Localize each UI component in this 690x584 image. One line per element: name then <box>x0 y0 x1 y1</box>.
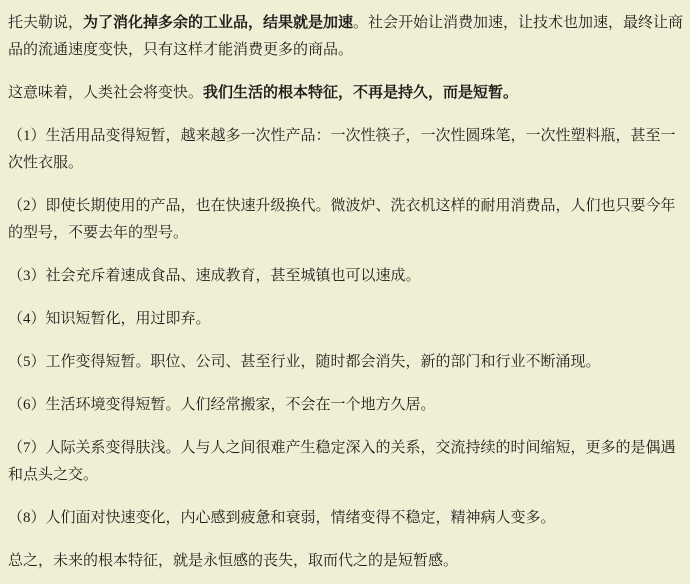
text-run: （5）工作变得短暂。职位、公司、甚至行业，随时都会消失，新的部门和行业不断涌现。 <box>8 354 601 370</box>
paragraph-8: （6）生活环境变得短暂。人们经常搬家，不会在一个地方久居。 <box>8 392 685 419</box>
bold-text-run: 我们生活的根本特征，不再是持久，而是短暂。 <box>203 85 518 101</box>
text-run: 这意味着，人类社会将变快。 <box>8 85 203 101</box>
document: 托夫勒说，为了消化掉多余的工业品，结果就是加速。社会开始让消费加速，让技术也加速… <box>0 0 690 584</box>
paragraph-5: （3）社会充斥着速成食品、速成教育，甚至城镇也可以速成。 <box>8 263 685 290</box>
paragraph-2: 这意味着，人类社会将变快。我们生活的根本特征，不再是持久，而是短暂。 <box>8 80 685 107</box>
paragraph-6: （4）知识短暂化，用过即弃。 <box>8 306 685 333</box>
bold-text-run: 为了消化掉多余的工业品，结果就是加速 <box>83 15 353 31</box>
text-run: 总之，未来的根本特征，就是永恒感的丧失，取而代之的是短暂感。 <box>8 553 458 569</box>
paragraph-7: （5）工作变得短暂。职位、公司、甚至行业，随时都会消失，新的部门和行业不断涌现。 <box>8 349 685 376</box>
paragraph-3: （1）生活用品变得短暂，越来越多一次性产品：一次性筷子，一次性圆珠笔，一次性塑料… <box>8 123 685 177</box>
paragraph-9: （7）人际关系变得肤浅。人与人之间很难产生稳定深入的关系，交流持续的时间缩短，更… <box>8 435 685 489</box>
paragraph-list: 托夫勒说，为了消化掉多余的工业品，结果就是加速。社会开始让消费加速，让技术也加速… <box>8 10 685 575</box>
text-run: （7）人际关系变得肤浅。人与人之间很难产生稳定深入的关系，交流持续的时间缩短，更… <box>8 440 676 483</box>
text-run: （2）即使长期使用的产品，也在快速升级换代。微波炉、洗衣机这样的耐用消费品，人们… <box>8 198 676 241</box>
text-run: （3）社会充斥着速成食品、速成教育，甚至城镇也可以速成。 <box>8 268 421 284</box>
text-run: （4）知识短暂化，用过即弃。 <box>8 311 211 327</box>
paragraph-10: （8）人们面对快速变化，内心感到疲惫和衰弱，情绪变得不稳定，精神病人变多。 <box>8 505 685 532</box>
paragraph-1: 托夫勒说，为了消化掉多余的工业品，结果就是加速。社会开始让消费加速，让技术也加速… <box>8 10 685 64</box>
paragraph-11: 总之，未来的根本特征，就是永恒感的丧失，取而代之的是短暂感。 <box>8 548 685 575</box>
text-run: （1）生活用品变得短暂，越来越多一次性产品：一次性筷子，一次性圆珠笔，一次性塑料… <box>8 128 676 171</box>
text-run: （8）人们面对快速变化，内心感到疲惫和衰弱，情绪变得不稳定，精神病人变多。 <box>8 510 556 526</box>
text-run: （6）生活环境变得短暂。人们经常搬家，不会在一个地方久居。 <box>8 397 436 413</box>
paragraph-4: （2）即使长期使用的产品，也在快速升级换代。微波炉、洗衣机这样的耐用消费品，人们… <box>8 193 685 247</box>
text-run: 托夫勒说， <box>8 15 83 31</box>
